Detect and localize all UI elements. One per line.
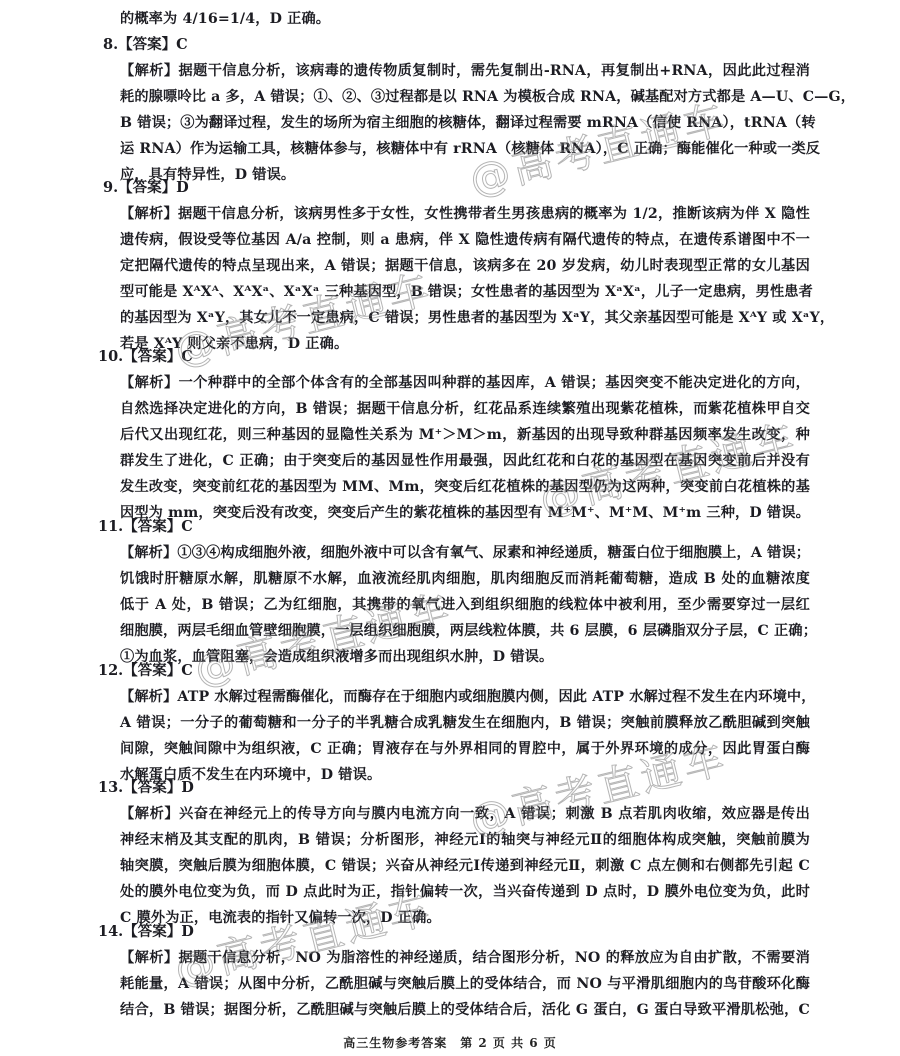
analysis-line: 型可能是 XᴬXᴬ、XᴬXᵃ、XᵃXᵃ 三种基因型，B 错误；女性患者的基因型为… [120,282,810,302]
question-10-header: 10.【答案】C [98,347,193,367]
analysis-line: 【解析】据题干信息分析，该病毒的遗传物质复制时，需先复制出-RNA，再复制出+R… [120,61,810,81]
analysis-line: 的基因型为 XᵃY，其女儿不一定患病，C 错误；男性患者的基因型为 XᵃY，其父… [120,308,810,328]
answer-label: 【答案】C [118,36,188,53]
question-9-header: 9.【答案】D [103,178,189,198]
analysis-line: 神经末梢及其支配的肌肉，B 错误；分析图形，神经元Ⅰ的轴突与神经元Ⅱ的细胞体构成… [120,830,810,850]
analysis-line: 水解蛋白质不发生在内环境中，D 错误。 [120,765,810,785]
analysis-line: 定把隔代遗传的特点呈现出来，A 错误；据题干信息，该病多在 20 岁发病，幼儿时… [120,256,810,276]
analysis-line: 因型为 mm，突变后没有改变，突变后产生的紫花植株的基因型有 M⁺M⁺、M⁺M、… [120,503,810,523]
analysis-line: 【解析】兴奋在神经元上的传导方向与膜内电流方向一致，A 错误；刺激 B 点若肌肉… [120,804,810,824]
analysis-line: 运 RNA）作为运输工具，核糖体参与，核糖体中有 rRNA（核糖体 RNA），C… [120,139,810,159]
analysis-line: 自然选择决定进化的方向，B 错误；据题干信息分析，红花品系连续繁殖出现紫花植株，… [120,399,810,419]
question-12-header: 12.【答案】C [98,661,193,681]
analysis-line: 细胞膜，两层毛细血管壁细胞膜，一层组织细胞膜，两层线粒体膜，共 6 层膜，6 层… [120,621,810,641]
analysis-line: 后代又出现红花，则三种基因的显隐性关系为 M⁺＞M＞m，新基因的出现导致种群基因… [120,425,810,445]
analysis-line: 耗的腺嘌呤比 a 多，A 错误；①、②、③过程都是以 RNA 为模板合成 RNA… [120,87,810,107]
analysis-line: 结合，B 错误；据图分析，乙酰胆碱与突触后膜上的受体结合后，活化 G 蛋白，G … [120,1000,810,1020]
analysis-line: 处的膜外电位变为负，而 D 点此时为正，指针偏转一次，当兴奋传递到 D 点时，D… [120,882,810,902]
analysis-line: 【解析】ATP 水解过程需酶催化，而酶存在于细胞内或细胞膜内侧，因此 ATP 水… [120,687,810,707]
question-number: 11. [98,518,123,535]
analysis-line: 轴突膜，突触后膜为细胞体膜，C 错误；兴奋从神经元Ⅰ传递到神经元Ⅱ，刺激 C 点… [120,856,810,876]
answer-label: 【答案】D [118,179,189,196]
question-14-header: 14.【答案】D [98,922,194,942]
analysis-line: 群发生了进化，C 正确；由于突变后的基因显性作用最强，因此红花和白花的基因型在基… [120,451,810,471]
analysis-line: C 膜外为正，电流表的指针又偏转一次，D 正确。 [120,908,810,928]
question-number: 10. [98,348,123,365]
question-number: 8. [103,36,118,53]
question-8-header: 8.【答案】C [103,35,188,55]
analysis-line: 【解析】一个种群中的全部个体含有的全部基因叫种群的基因库，A 错误；基因突变不能… [120,373,810,393]
question-11-header: 11.【答案】C [98,517,193,537]
answer-label: 【答案】D [123,779,194,796]
analysis-line: 应，具有特异性，D 错误。 [120,165,810,185]
analysis-line: B 错误；③为翻译过程，发生的场所为宿主细胞的核糖体，翻译过程需要 mRNA（信… [120,113,810,133]
question-number: 12. [98,662,123,679]
continuation-text: 的概率为 4/16=1/4，D 正确。 [120,9,810,29]
answer-label: 【答案】D [123,923,194,940]
analysis-line: 【解析】据题干信息分析，NO 为脂溶性的神经递质，结合图形分析，NO 的释放应为… [120,948,810,968]
analysis-line: 【解析】据题干信息分析，该病男性多于女性，女性携带者生男孩患病的概率为 1/2，… [120,204,810,224]
analysis-line: 遗传病，假设受等位基因 A/a 控制，则 a 患病，伴 X 隐性遗传病有隔代遗传… [120,230,810,250]
question-number: 13. [98,779,123,796]
analysis-line: 发生改变，突变前红花的基因型为 MM、Mm，突变后红花植株的基因型仍为这两种，突… [120,477,810,497]
analysis-line: 间隙，突触间隙中为组织液，C 正确；胃液存在与外界相同的胃腔中，属于外界环境的成… [120,739,810,759]
answer-label: 【答案】C [123,518,193,535]
analysis-line: 【解析】①③④构成细胞外液，细胞外液中可以含有氧气、尿素和神经递质，糖蛋白位于细… [120,543,810,563]
answer-label: 【答案】C [123,662,193,679]
question-13-header: 13.【答案】D [98,778,194,798]
question-number: 9. [103,179,118,196]
analysis-line: 耗能量，A 错误；从图中分析，乙酰胆碱与突触后膜上的受体结合，而 NO 与平滑肌… [120,974,810,994]
answer-label: 【答案】C [123,348,193,365]
answer-key-page: 的概率为 4/16=1/4，D 正确。 8.【答案】C 【解析】据题干信息分析，… [0,0,900,1056]
analysis-line: A 错误；一分子的葡萄糖和一分子的半乳糖合成乳糖发生在细胞内，B 错误；突触前膜… [120,713,810,733]
page-footer: 高三生物参考答案 第 2 页 共 6 页 [0,1034,900,1051]
analysis-line: 低于 A 处，B 错误；乙为红细胞，其携带的氧气进入到组织细胞的线粒体中被利用，… [120,595,810,615]
analysis-line: ①为血浆，血管阻塞，会造成组织液增多而出现组织水肿，D 错误。 [120,647,810,667]
question-number: 14. [98,923,123,940]
analysis-line: 若是 XᴬY 则父亲不患病，D 正确。 [120,334,810,354]
analysis-line: 饥饿时肝糖原水解，肌糖原不水解，血液流经肌肉细胞，肌肉细胞反而消耗葡萄糖，造成 … [120,569,810,589]
